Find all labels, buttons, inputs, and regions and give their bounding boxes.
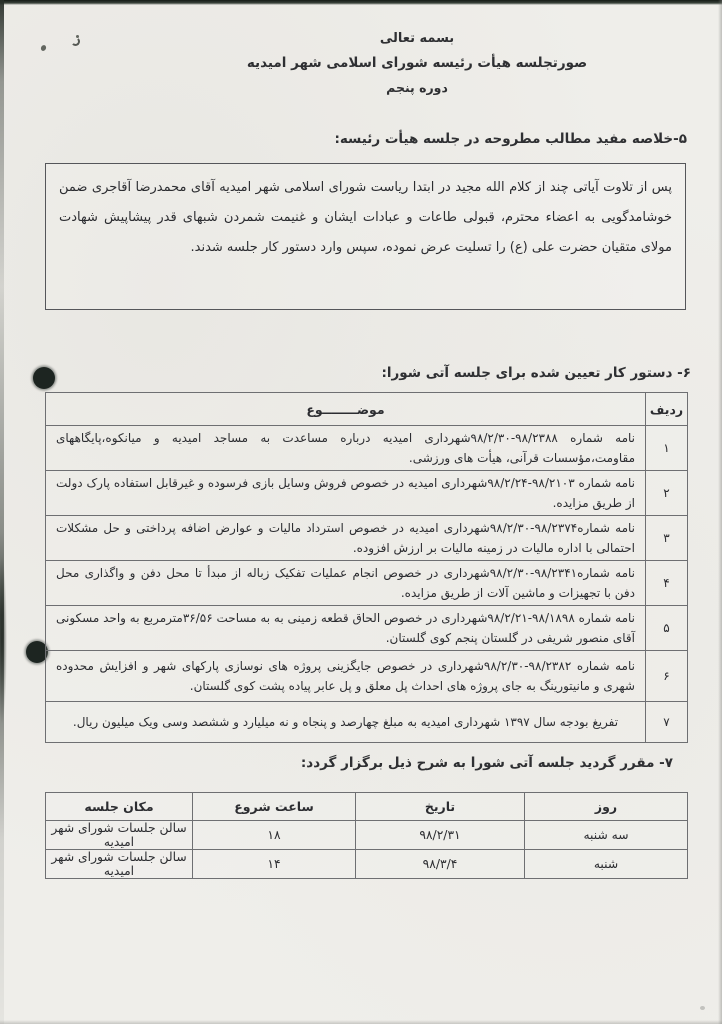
schedule-col-location: مکان جلسه	[46, 793, 193, 821]
schedule-row: شنبه ۹۸/۳/۴ ۱۴ سالن جلسات شورای شهر امید…	[46, 850, 688, 879]
summary-box: پس از تلاوت آیاتی چند از کلام الله مجید …	[45, 163, 686, 310]
agenda-col-row-number: ردیف	[646, 393, 688, 426]
ink-speck	[71, 37, 80, 46]
document-title: صورتجلسه هیأت رئیسه شورای اسلامی شهر امی…	[112, 55, 722, 71]
agenda-row-number: ۲	[646, 471, 688, 516]
agenda-row-number: ۶	[646, 651, 688, 702]
ink-speck	[700, 1006, 705, 1010]
agenda-row: ۶ نامه شماره ۹۸/۲۳۸۲-۹۸/۲/۳۰شهرداری در خ…	[46, 651, 688, 702]
hole-punch-mark	[33, 367, 55, 389]
scan-edge-bottom	[0, 1020, 722, 1024]
agenda-row-subject: نامه شماره۹۸/۲۳۷۴-۹۸/۲/۳۰شهرداری امیدیه …	[46, 516, 646, 561]
schedule-col-day: روز	[525, 793, 688, 821]
ink-speck	[76, 35, 79, 38]
agenda-row: ۷ تفریغ بودجه سال ۱۳۹۷ شهرداری امیدیه به…	[46, 702, 688, 743]
agenda-row: ۱ نامه شماره ۹۸/۲۳۸۸-۹۸/۲/۳۰شهرداری امید…	[46, 426, 688, 471]
schedule-date: ۹۸/۳/۴	[356, 850, 525, 879]
agenda-col-subject: موضــــــــوع	[46, 393, 646, 426]
agenda-row: ۴ نامه شماره۹۸/۲۳۴۱-۹۸/۲/۳۰شهرداری در خص…	[46, 561, 688, 606]
scan-smudge-left	[0, 555, 7, 725]
schedule-col-date: تاریخ	[356, 793, 525, 821]
agenda-row-number: ۷	[646, 702, 688, 743]
agenda-row-subject: تفریغ بودجه سال ۱۳۹۷ شهرداری امیدیه به م…	[46, 702, 646, 743]
schedule-row: سه شنبه ۹۸/۲/۳۱ ۱۸ سالن جلسات شورای شهر …	[46, 821, 688, 850]
schedule-col-start-time: ساعت شروع	[193, 793, 356, 821]
ink-speck	[40, 44, 47, 52]
schedule-day: سه شنبه	[525, 821, 688, 850]
agenda-row-number: ۴	[646, 561, 688, 606]
schedule-location: سالن جلسات شورای شهر امیدیه	[46, 850, 193, 879]
schedule-start-time: ۱۴	[193, 850, 356, 879]
scan-edge-top	[0, 0, 722, 5]
agenda-row-subject: نامه شماره ۹۸/۲۳۸۸-۹۸/۲/۳۰شهرداری امیدیه…	[46, 426, 646, 471]
section5-heading: ۵-خلاصه مفید مطالب مطروحه در جلسه هیأت ر…	[334, 131, 687, 147]
schedule-header-row: روز تاریخ ساعت شروع مکان جلسه	[46, 793, 688, 821]
term-subtitle: دوره پنجم	[112, 80, 722, 95]
agenda-row: ۵ نامه شماره ۹۸/۱۸۹۸-۹۸/۲/۲۱شهرداری در خ…	[46, 606, 688, 651]
summary-paragraph: پس از تلاوت آیاتی چند از کلام الله مجید …	[46, 164, 685, 263]
scanned-document-page: بسمه تعالی صورتجلسه هیأت رئیسه شورای اسل…	[0, 0, 722, 1024]
schedule-location: سالن جلسات شورای شهر امیدیه	[46, 821, 193, 850]
scan-edge-left	[0, 0, 4, 1024]
agenda-row-subject: نامه شماره ۹۸/۲۳۸۲-۹۸/۲/۳۰شهرداری در خصو…	[46, 651, 646, 702]
scan-edge-right	[718, 0, 722, 1024]
document-header: بسمه تعالی صورتجلسه هیأت رئیسه شورای اسل…	[112, 31, 722, 95]
agenda-row-number: ۳	[646, 516, 688, 561]
section6-heading: ۶- دستور کار تعیین شده برای جلسه آتی شور…	[381, 365, 691, 381]
schedule-table: روز تاریخ ساعت شروع مکان جلسه سه شنبه ۹۸…	[45, 792, 688, 879]
agenda-row-number: ۱	[646, 426, 688, 471]
bismillah-line: بسمه تعالی	[112, 31, 722, 46]
schedule-date: ۹۸/۲/۳۱	[356, 821, 525, 850]
agenda-row: ۳ نامه شماره۹۸/۲۳۷۴-۹۸/۲/۳۰شهرداری امیدی…	[46, 516, 688, 561]
agenda-row-subject: نامه شماره۹۸/۲۳۴۱-۹۸/۲/۳۰شهرداری در خصوص…	[46, 561, 646, 606]
agenda-table: ردیف موضــــــــوع ۱ نامه شماره ۹۸/۲۳۸۸-…	[45, 392, 688, 743]
agenda-header-row: ردیف موضــــــــوع	[46, 393, 688, 426]
agenda-row: ۲ نامه شماره ۹۸/۲۱۰۳-۹۸/۲/۲۴شهرداری امید…	[46, 471, 688, 516]
agenda-row-subject: نامه شماره ۹۸/۲۱۰۳-۹۸/۲/۲۴شهرداری امیدیه…	[46, 471, 646, 516]
section7-heading: ۷- مقرر گردید جلسه آتی شورا به شرح ذیل ب…	[301, 755, 673, 771]
schedule-start-time: ۱۸	[193, 821, 356, 850]
schedule-day: شنبه	[525, 850, 688, 879]
agenda-row-subject: نامه شماره ۹۸/۱۸۹۸-۹۸/۲/۲۱شهرداری در خصو…	[46, 606, 646, 651]
agenda-row-number: ۵	[646, 606, 688, 651]
